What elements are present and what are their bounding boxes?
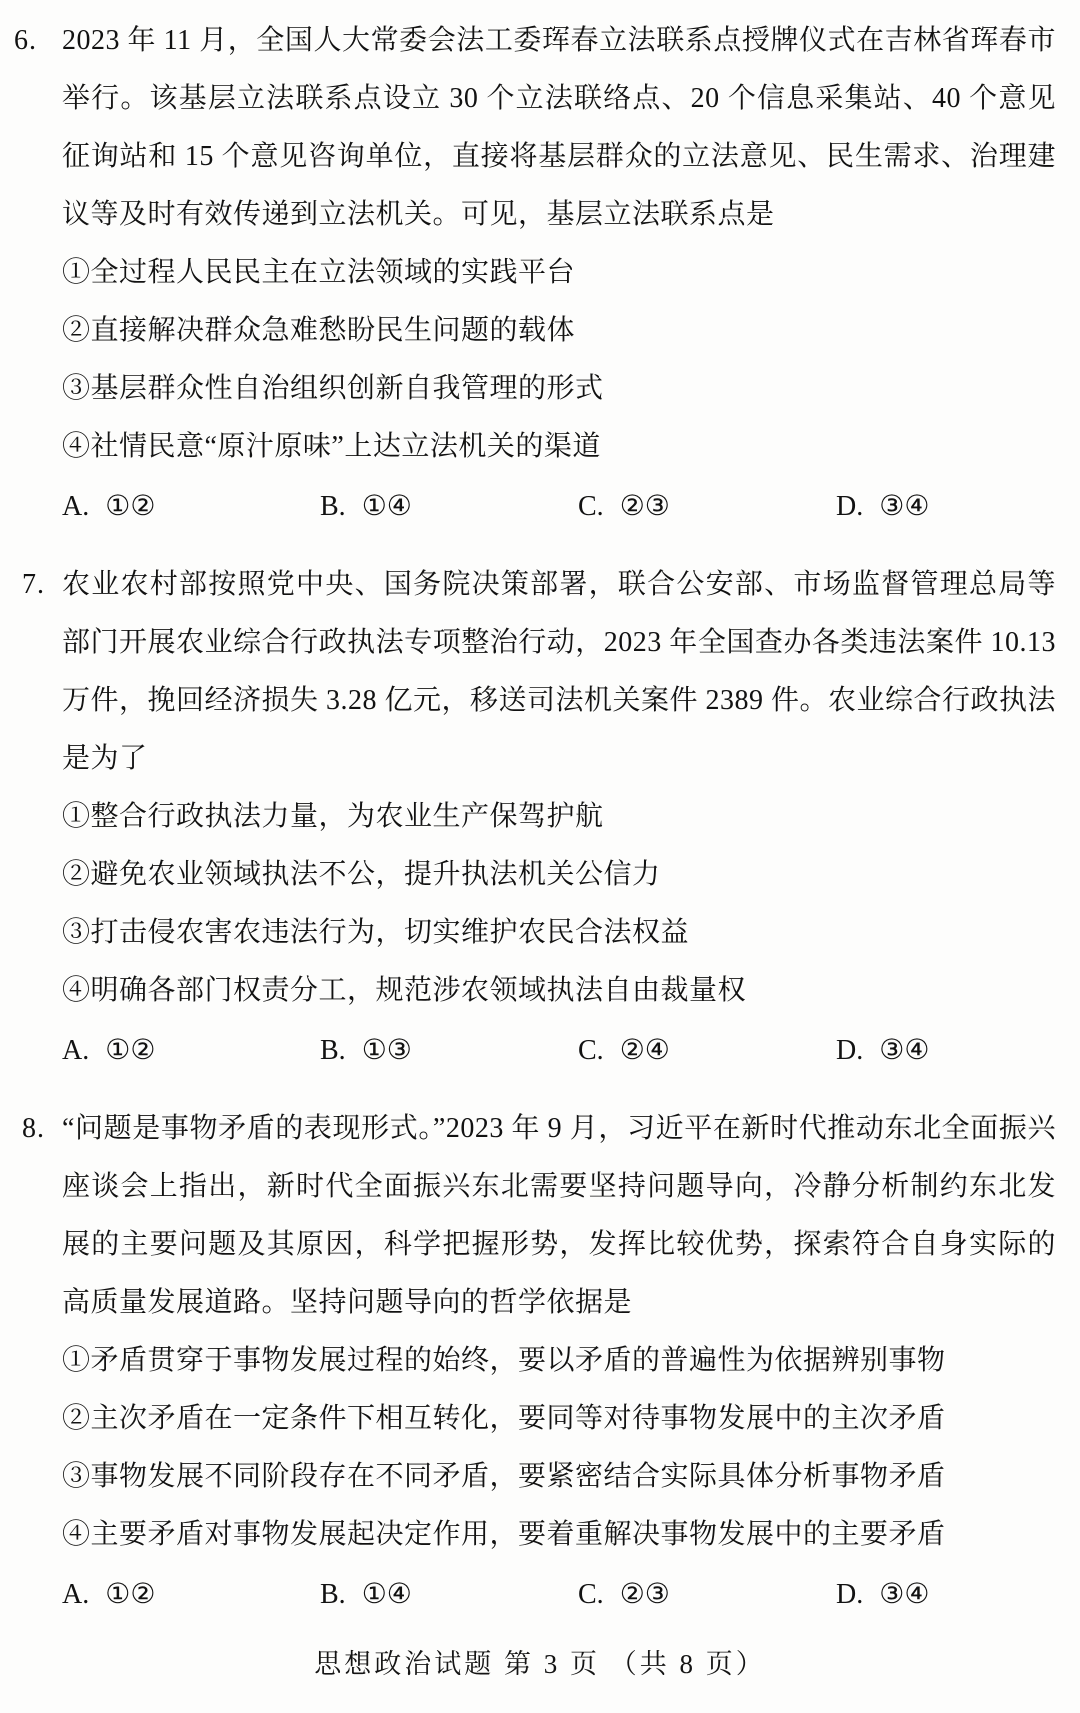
choice-value: ①② [105, 491, 155, 522]
question-7-choice-a: A.①② [62, 1022, 320, 1080]
question-8: 8. “问题是事物矛盾的表现形式。”2023 年 9 月，习近平在新时代推动东北… [0, 1100, 1080, 1624]
question-7-option-3: ③打击侵农害农违法行为，切实维护农民合法权益 [62, 904, 1056, 962]
question-7-choices: A.①② B.①③ C.②④ D.③④ [62, 1022, 1056, 1080]
question-8-option-4: ④主要矛盾对事物发展起决定作用，要着重解决事物发展中的主要矛盾 [62, 1506, 1056, 1564]
choice-label: D. [836, 1035, 863, 1066]
question-6: 6. 2023 年 11 月，全国人大常委会法工委珲春立法联系点授牌仪式在吉林省… [0, 12, 1080, 536]
choice-value: ①② [105, 1035, 155, 1066]
choice-value: ③④ [879, 1579, 929, 1610]
question-8-choice-d: D.③④ [836, 1566, 929, 1624]
question-8-choice-a: A.①② [62, 1566, 320, 1624]
choice-value: ②③ [620, 1579, 670, 1610]
choice-label: D. [836, 491, 863, 522]
question-8-option-2: ②主次矛盾在一定条件下相互转化，要同等对待事物发展中的主次矛盾 [62, 1390, 1056, 1448]
question-8-stem: “问题是事物矛盾的表现形式。”2023 年 9 月，习近平在新时代推动东北全面振… [62, 1100, 1056, 1332]
choice-label: A. [62, 1035, 89, 1066]
choice-label: C. [578, 1035, 604, 1066]
question-6-option-3: ③基层群众性自治组织创新自我管理的形式 [62, 360, 1056, 418]
question-6-choice-c: C.②③ [578, 478, 836, 536]
choice-label: B. [320, 1035, 346, 1066]
question-6-option-4: ④社情民意“原汁原味”上达立法机关的渠道 [62, 418, 1056, 476]
choice-label: D. [836, 1579, 863, 1610]
choice-label: A. [62, 491, 89, 522]
question-6-choice-a: A.①② [62, 478, 320, 536]
question-7-stem: 农业农村部按照党中央、国务院决策部署，联合公安部、市场监督管理总局等部门开展农业… [62, 556, 1056, 788]
exam-page: 6. 2023 年 11 月，全国人大常委会法工委珲春立法联系点授牌仪式在吉林省… [0, 0, 1080, 1713]
question-7-number: 7. [22, 556, 68, 614]
choice-value: ①④ [362, 491, 412, 522]
question-6-choice-d: D.③④ [836, 478, 929, 536]
question-6-choices: A.①② B.①④ C.②③ D.③④ [62, 478, 1056, 536]
question-8-option-1: ①矛盾贯穿于事物发展过程的始终，要以矛盾的普遍性为依据辨别事物 [62, 1332, 1056, 1390]
choice-label: C. [578, 491, 604, 522]
question-6-stem: 2023 年 11 月，全国人大常委会法工委珲春立法联系点授牌仪式在吉林省珲春市… [62, 12, 1056, 244]
question-7-choice-c: C.②④ [578, 1022, 836, 1080]
question-7-option-1: ①整合行政执法力量，为农业生产保驾护航 [62, 788, 1056, 846]
choice-value: ①④ [362, 1579, 412, 1610]
question-8-choice-b: B.①④ [320, 1566, 578, 1624]
question-6-option-2: ②直接解决群众急难愁盼民生问题的载体 [62, 302, 1056, 360]
question-7-option-4: ④明确各部门权责分工，规范涉农领域执法自由裁量权 [62, 962, 1056, 1020]
choice-value: ①③ [362, 1035, 412, 1066]
question-7-option-2: ②避免农业领域执法不公，提升执法机关公信力 [62, 846, 1056, 904]
choice-label: C. [578, 1579, 604, 1610]
question-6-number: 6. [14, 12, 60, 70]
question-6-option-1: ①全过程人民民主在立法领域的实践平台 [62, 244, 1056, 302]
question-8-number: 8. [22, 1100, 68, 1158]
question-6-choice-b: B.①④ [320, 478, 578, 536]
choice-label: B. [320, 1579, 346, 1610]
question-7-choice-b: B.①③ [320, 1022, 578, 1080]
question-8-option-3: ③事物发展不同阶段存在不同矛盾，要紧密结合实际具体分析事物矛盾 [62, 1448, 1056, 1506]
page-footer: 思想政治试题 第 3 页 （共 8 页） [0, 1642, 1080, 1681]
choice-value: ②④ [620, 1035, 670, 1066]
question-8-choice-c: C.②③ [578, 1566, 836, 1624]
question-8-choices: A.①② B.①④ C.②③ D.③④ [62, 1566, 1056, 1624]
question-7-choice-d: D.③④ [836, 1022, 929, 1080]
choice-value: ③④ [879, 491, 929, 522]
choice-label: B. [320, 491, 346, 522]
choice-value: ①② [105, 1579, 155, 1610]
choice-label: A. [62, 1579, 89, 1610]
choice-value: ③④ [879, 1035, 929, 1066]
choice-value: ②③ [620, 491, 670, 522]
question-7: 7. 农业农村部按照党中央、国务院决策部署，联合公安部、市场监督管理总局等部门开… [0, 556, 1080, 1080]
